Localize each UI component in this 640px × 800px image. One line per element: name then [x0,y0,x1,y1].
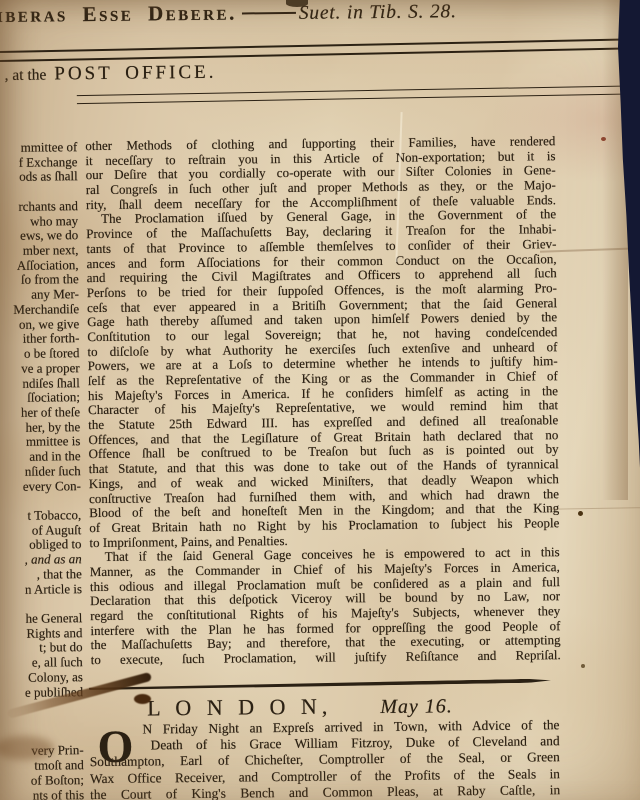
masthead-dash [242,11,296,14]
masthead-motto: iberas Esse Debere. [0,0,237,27]
masthead-citation: Suet. in Tib. S. 28. [299,1,457,24]
body-paragraph: That if the ſaid General Gage conceives … [90,545,561,667]
main-column: other Methods of clothing and ſupporting… [85,134,561,668]
post-office-title: POST OFFICE. [54,62,216,85]
paper-speck [578,511,583,516]
dateline-city: L O N D O N, [147,694,332,721]
drop-cap: O [97,727,133,767]
left-fragment-line: nts of this [0,788,84,800]
post-office-line: , at the POST OFFICE. [4,62,216,86]
ink-stain-blob [134,694,151,704]
paper-speck [601,137,606,141]
body-paragraph: other Methods of clothing and ſupporting… [85,134,556,212]
left-fragment-line: ods as ſhall [0,170,78,186]
body-paragraph: The Proclamation iſſued by General Gage,… [86,208,560,551]
masthead-motto-line: iberas Esse Debere.Suet. in Tib. S. 28. [0,0,457,28]
paper-speck [581,664,585,668]
left-fragment-line: n Article is [0,582,82,598]
printed-page: iberas Esse Debere.Suet. in Tib. S. 28. … [0,0,640,800]
left-fragment-line: every Con- [0,479,81,495]
london-article: O N Friday Night an Expreſs arrived in T… [89,717,560,800]
second-double-rule [77,85,629,103]
top-double-rule [0,38,640,62]
newspaper-photo: { "colors":{"ink":"#2b2114","paper":"#dc… [0,0,640,800]
ink-blot [286,0,308,7]
dateline-date: May 16. [380,695,453,718]
post-office-prefix: , at the [5,66,47,83]
section-divider-rule [89,678,551,690]
